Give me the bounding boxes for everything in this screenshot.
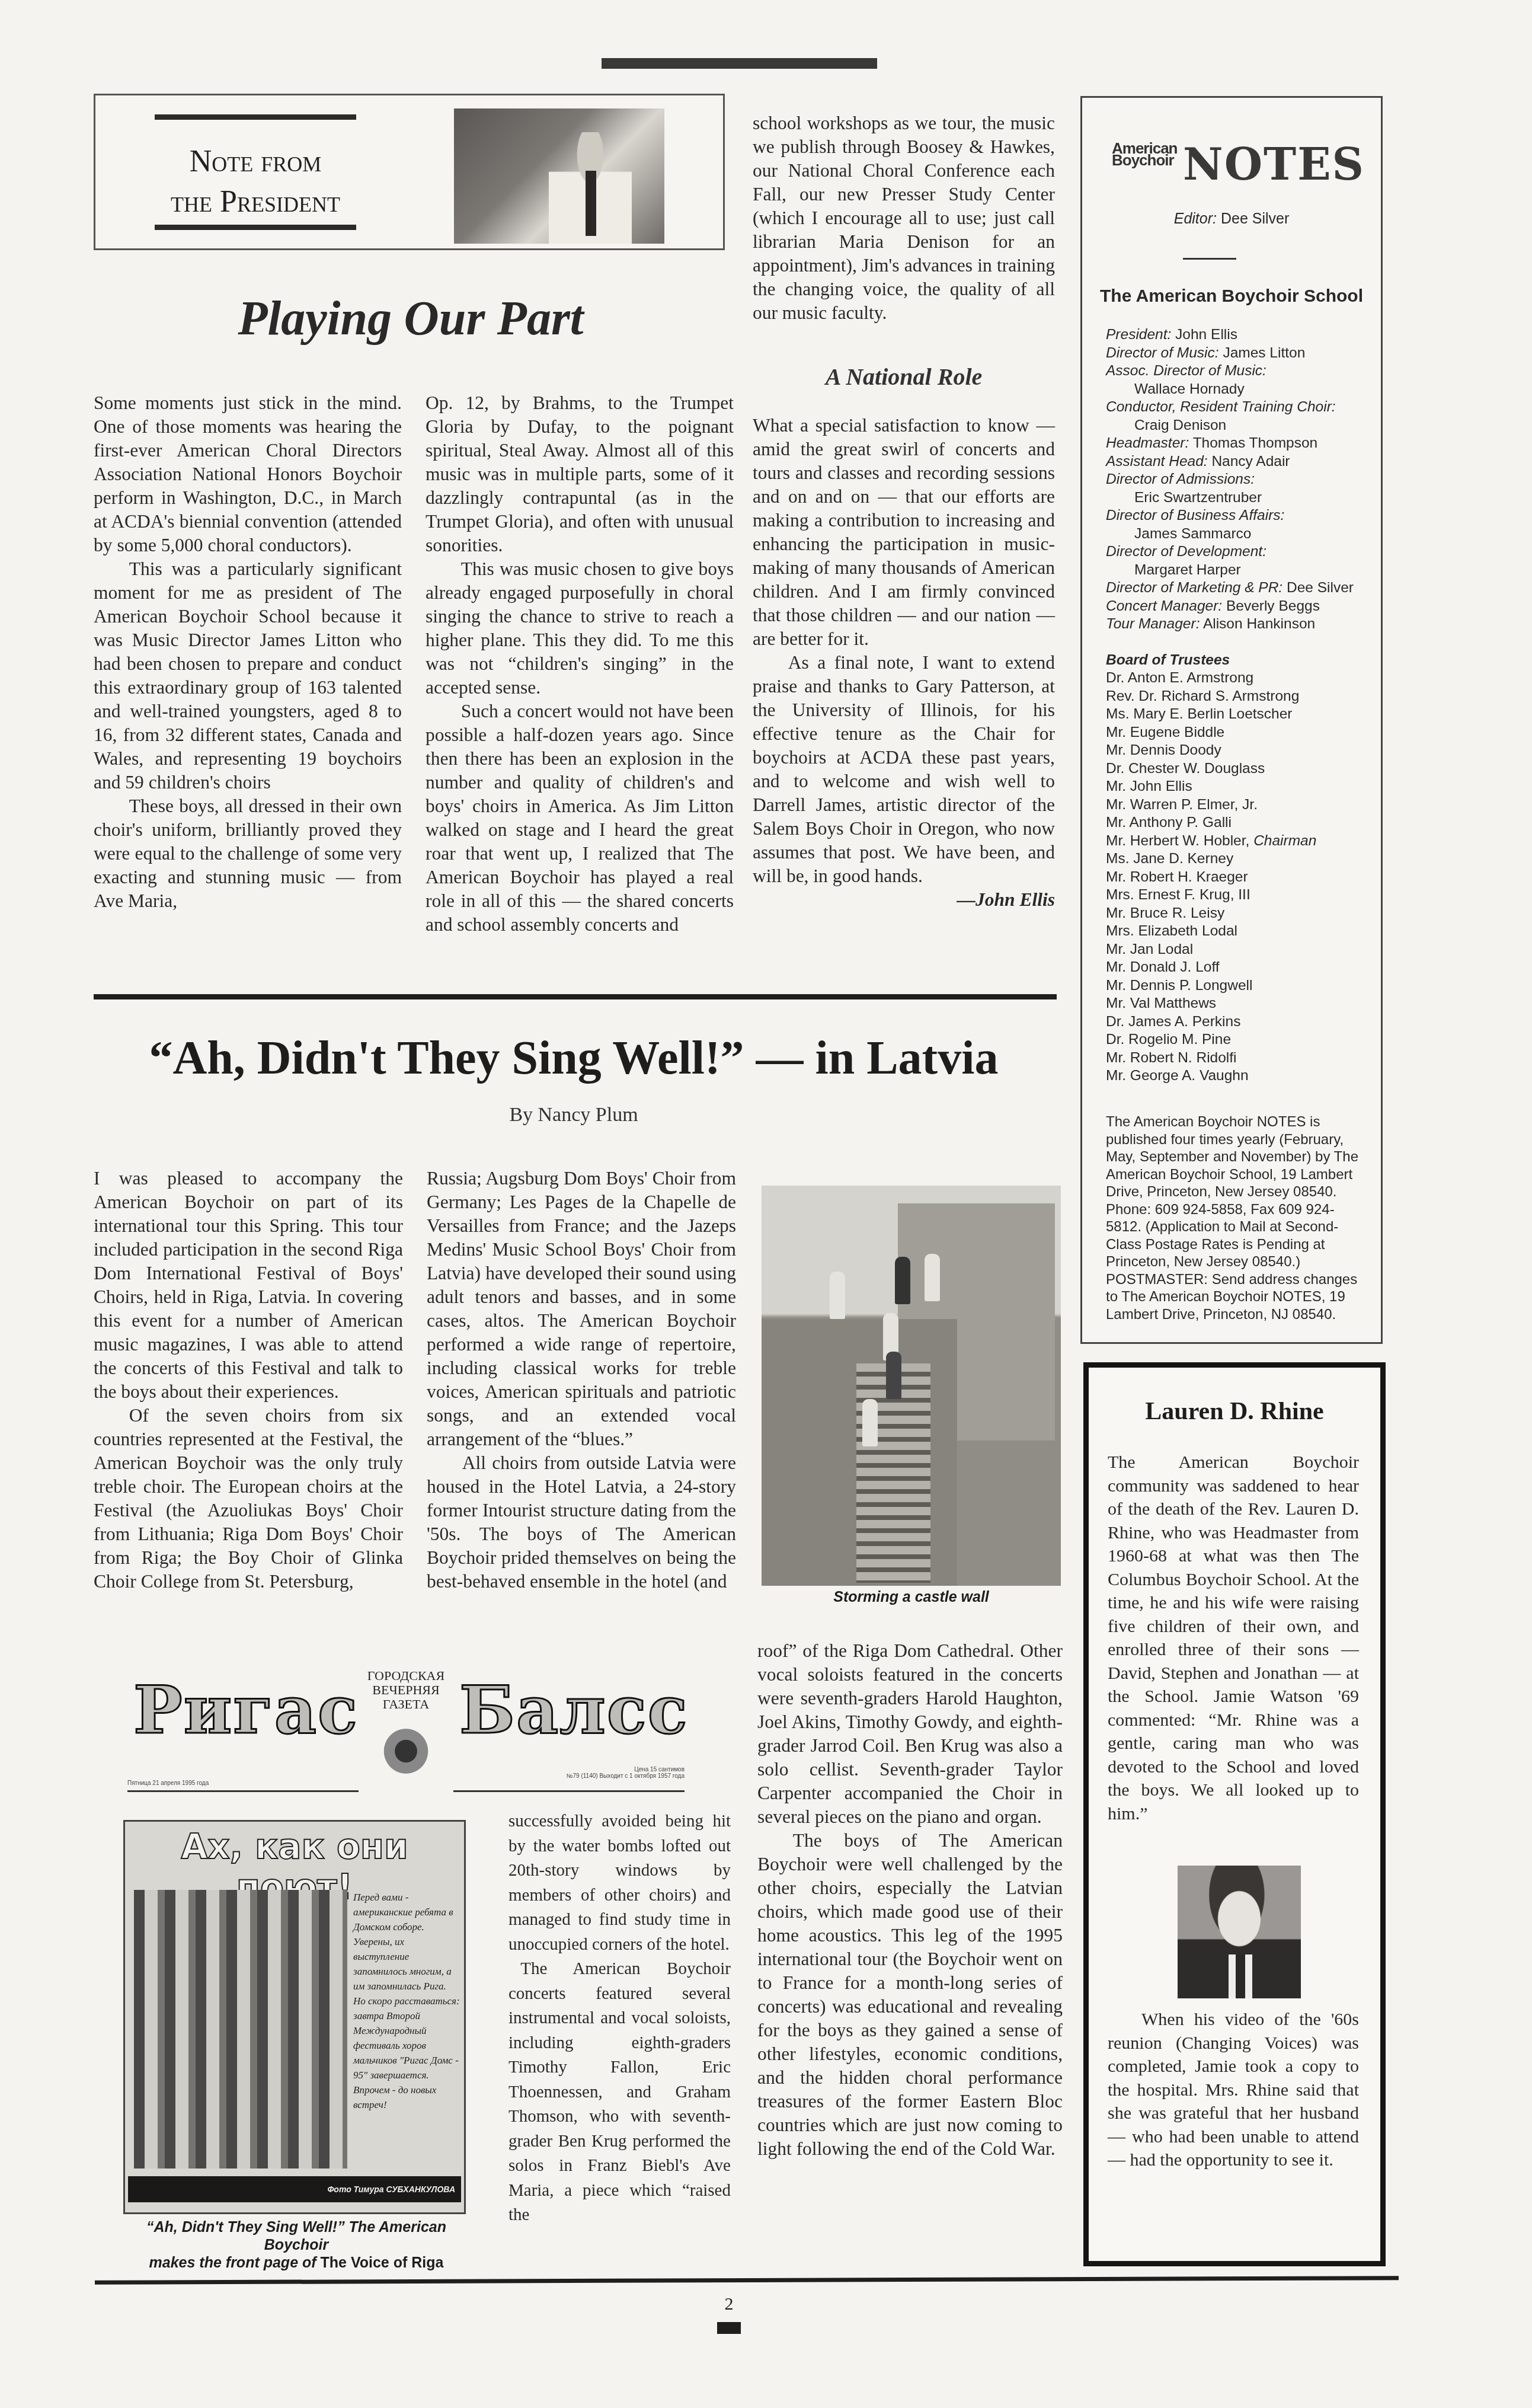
trustee-name: Mr. Dennis Doody [1106, 742, 1221, 758]
caption-italic: makes the front page of [149, 2254, 316, 2271]
trustee-row: Ms. Jane D. Kerney [1106, 850, 1373, 868]
obituary-box: Lauren D. Rhine The American Boychoir co… [1083, 1362, 1386, 2266]
short-divider [1183, 258, 1236, 260]
staff-name: Wallace Hornady [1106, 381, 1373, 399]
staff-row: Assoc. Director of Music: [1106, 362, 1373, 381]
staff-name: Dee Silver [1282, 580, 1354, 596]
obituary-paragraph-1: The American Boychoir community was sadd… [1108, 1451, 1359, 1825]
castle-wall-photo [762, 1186, 1061, 1586]
trustee-row: Mr. Dennis Doody [1106, 742, 1373, 760]
banner-title-line1: Note from [149, 142, 362, 182]
staff-name: Craig Denison [1106, 417, 1373, 435]
boy-figure [895, 1257, 910, 1304]
trustee-row: Mr. Val Matthews [1106, 995, 1373, 1013]
staff-role: Tour Manager: [1106, 616, 1200, 632]
paragraph: Such a concert would not have been possi… [426, 700, 734, 937]
latvia-column-2-lower: successfully avoided being hit by the wa… [508, 1809, 731, 2228]
staff-role: Assoc. Director of Music: [1106, 363, 1266, 379]
shirt-collar [1229, 1954, 1252, 1998]
logo-small-text: American Boychoir [1112, 142, 1178, 166]
boy-figure [830, 1272, 845, 1319]
trustee-name: Mr. George A. Vaughn [1106, 1068, 1249, 1084]
trustee-row: Mr. Herbert W. Hobler, Chairman [1106, 832, 1373, 851]
choir-in-cathedral-photo [134, 1890, 347, 2169]
staff-row: Director of Marketing & PR: Dee Silver [1106, 579, 1373, 598]
trustee-row: Dr. Chester W. Douglass [1106, 760, 1373, 778]
trustee-row: Mr. Bruce R. Leisy [1106, 905, 1373, 923]
riga-front-page-clipping: Ах, как они поют! Перед вами - американс… [123, 1820, 466, 2214]
trustee-row: Mr. Robert N. Ridolfi [1106, 1049, 1373, 1068]
trustee-name: Dr. Anton E. Armstrong [1106, 670, 1253, 686]
paragraph: school workshops as we tour, the music w… [753, 111, 1055, 325]
trustee-row: Rev. Dr. Richard S. Armstrong [1106, 688, 1373, 706]
trustee-name: Mrs. Elizabeth Lodal [1106, 923, 1237, 939]
paragraph: This was a particularly significant mome… [94, 557, 402, 794]
headline-playing-our-part: Playing Our Part [94, 290, 728, 346]
staff-row: Director of Music: James Litton [1106, 344, 1373, 363]
subhead-national-role: A National Role [753, 363, 1055, 391]
staff-role: President: [1106, 327, 1171, 343]
trustee-row: Mr. Jan Lodal [1106, 941, 1373, 959]
board-title: Board of Trustees [1106, 651, 1373, 670]
caption-plain: The Voice of Riga [316, 2254, 444, 2271]
photo-credit: Фото Тимура СУБХАНКУЛОВА [128, 2176, 461, 2202]
trustee-name: Mr. Herbert W. Hobler, [1106, 833, 1249, 849]
issue-text: №79 (1140) Выходит с 1 октября 1957 года [567, 1773, 685, 1780]
latvia-column-3: roof” of the Riga Dom Cathedral. Other v… [757, 1639, 1063, 2161]
page-number: 2 [717, 2294, 741, 2314]
boy-figure [925, 1254, 940, 1301]
editor-credit: Editor: Dee Silver [1082, 210, 1381, 228]
paragraph: successfully avoided being hit by the wa… [508, 1809, 731, 1957]
trustee-name: Mr. Anthony P. Galli [1106, 815, 1232, 831]
staff-name: Nancy Adair [1208, 454, 1290, 470]
trustee-row: Mr. Warren P. Elmer, Jr. [1106, 796, 1373, 815]
staff-name: Eric Swartzentruber [1106, 489, 1373, 507]
frontpage-caption: “Ah, Didn't They Sing Well!” The America… [113, 2218, 480, 2272]
trustee-name: Ms. Jane D. Kerney [1106, 851, 1233, 867]
caption-line: makes the front page of The Voice of Rig… [113, 2254, 480, 2272]
president-tie [586, 171, 596, 236]
rhine-portrait-photo [1178, 1866, 1301, 1998]
headline-latvia: “Ah, Didn't They Sing Well!” — in Latvia [94, 1031, 1054, 1085]
president-photo [454, 108, 664, 244]
staff-role: Director of Music: [1106, 345, 1219, 361]
masthead-subtitle: ГОРОДСКАЯ ВЕЧЕРНЯЯ ГАЗЕТА [356, 1669, 456, 1711]
note-from-president-banner: Note from the President [94, 94, 725, 250]
trustee-row: Mr. Anthony P. Galli [1106, 814, 1373, 832]
subtitle-line: ГОРОДСКАЯ [356, 1669, 456, 1683]
staff-row: Director of Development: [1106, 543, 1373, 561]
paragraph: roof” of the Riga Dom Cathedral. Other v… [757, 1639, 1063, 1829]
president-column-2: Op. 12, by Brahms, to the Trumpet Gloria… [426, 391, 734, 937]
trustee-name: Dr. James A. Perkins [1106, 1014, 1240, 1030]
trustee-row: Dr. James A. Perkins [1106, 1013, 1373, 1031]
trustee-row: Mr. Robert H. Kraeger [1106, 868, 1373, 887]
boy-figure [862, 1399, 878, 1446]
subtitle-line: ГАЗЕТА [356, 1697, 456, 1711]
staff-name: John Ellis [1171, 327, 1237, 343]
staff-row: Director of Admissions: [1106, 471, 1373, 489]
banner-title: Note from the President [149, 142, 362, 222]
paragraph: Some moments just stick in the mind. One… [94, 391, 402, 557]
latvia-column-1: I was pleased to accompany the American … [94, 1167, 403, 1593]
caption-line: “Ah, Didn't They Sing Well!” The America… [113, 2218, 480, 2254]
staff-name: Thomas Thompson [1189, 435, 1317, 451]
trustee-name: Mrs. Ernest F. Krug, III [1106, 887, 1250, 903]
staff-role: Director of Admissions: [1106, 471, 1255, 487]
staff-name: Margaret Harper [1106, 561, 1373, 580]
obituary-paragraph-2: When his video of the '60s reunion (Chan… [1108, 2008, 1359, 2172]
paragraph: As a final note, I want to extend praise… [753, 651, 1055, 888]
trustee-row: Mr. George A. Vaughn [1106, 1067, 1373, 1085]
masthead-rule [453, 1790, 685, 1792]
paragraph: These boys, all dressed in their own cho… [94, 794, 402, 913]
trustee-name: Mr. Dennis P. Longwell [1106, 978, 1252, 994]
riga-coat-of-arms-icon [367, 1719, 444, 1790]
staff-list: President: John EllisDirector of Music: … [1106, 326, 1373, 1085]
trustee-name: Mr. Eugene Biddle [1106, 724, 1224, 740]
trustee-row: Mr. Donald J. Loff [1106, 959, 1373, 977]
boy-figure [886, 1352, 901, 1399]
banner-rule-bottom [155, 225, 356, 230]
staff-name: Alison Hankinson [1200, 616, 1315, 632]
staff-row: Conductor, Resident Training Choir: [1106, 398, 1373, 417]
logo-notes: NOTES [1183, 139, 1365, 190]
staff-name: James Sammarco [1106, 525, 1373, 544]
trustee-row: Mrs. Ernest F. Krug, III [1106, 886, 1373, 905]
frontpage-blurb: Перед вами - американские ребята в Домск… [353, 1890, 460, 2112]
footer-rule [95, 2276, 1399, 2285]
staff-role: Director of Business Affairs: [1106, 507, 1284, 523]
paragraph: Of the seven choirs from six countries r… [94, 1404, 403, 1593]
chairman-label: Chairman [1249, 833, 1316, 849]
trustee-name: Mr. Jan Lodal [1106, 941, 1193, 957]
masthead-word-left: Ригас [133, 1672, 359, 1748]
staff-role: Headmaster: [1106, 435, 1189, 451]
staff-row: Concert Manager: Beverly Beggs [1106, 598, 1373, 616]
staff-row: Director of Business Affairs: [1106, 507, 1373, 525]
newspaper-date: Пятница 21 апреля 1995 года [127, 1780, 209, 1787]
paragraph: Op. 12, by Brahms, to the Trumpet Gloria… [426, 391, 734, 557]
byline: By Nancy Plum [94, 1104, 1054, 1126]
trustee-name: Mr. John Ellis [1106, 778, 1192, 794]
staff-name: Beverly Beggs [1222, 598, 1320, 614]
staff-row: Headmaster: Thomas Thompson [1106, 435, 1373, 453]
riga-newspaper-masthead: Ригас ГОРОДСКАЯ ВЕЧЕРНЯЯ ГАЗЕТА Балсс Пя… [127, 1663, 685, 1799]
trustee-row: Ms. Mary E. Berlin Loetscher [1106, 705, 1373, 724]
latvia-column-2: Russia; Augsburg Dom Boys' Choir from Ge… [427, 1167, 736, 1593]
signature: —John Ellis [753, 888, 1055, 912]
trustee-row: Dr. Anton E. Armstrong [1106, 669, 1373, 688]
page-marker [717, 2322, 741, 2334]
trustee-name: Mr. Donald J. Loff [1106, 959, 1220, 975]
paragraph: I was pleased to accompany the American … [94, 1167, 403, 1404]
subtitle-line: ВЕЧЕРНЯЯ [356, 1683, 456, 1697]
paragraph: All choirs from outside Latvia were hous… [427, 1451, 736, 1593]
notes-masthead-sidebar: American Boychoir NOTES Editor: Dee Silv… [1080, 96, 1383, 1344]
trustee-name: Mr. Val Matthews [1106, 995, 1216, 1011]
trustee-name: Rev. Dr. Richard S. Armstrong [1106, 688, 1299, 704]
staff-role: Assistant Head: [1106, 454, 1208, 470]
trustee-row: Mr. Eugene Biddle [1106, 724, 1373, 742]
staff-role: Conductor, Resident Training Choir: [1106, 399, 1336, 415]
trustee-name: Dr. Chester W. Douglass [1106, 761, 1265, 777]
banner-rule-top [155, 114, 356, 120]
staff-row: Assistant Head: Nancy Adair [1106, 453, 1373, 471]
school-name: The American Boychoir School [1100, 286, 1363, 306]
section-divider [94, 994, 1057, 999]
paragraph: What a special satisfaction to know — am… [753, 414, 1055, 651]
paragraph: Russia; Augsburg Dom Boys' Choir from Ge… [427, 1167, 736, 1451]
castle-photo-caption: Storming a castle wall [762, 1589, 1061, 1606]
paragraph: The American Boychoir concerts featured … [508, 1957, 731, 2228]
trustee-name: Mr. Robert N. Ridolfi [1106, 1050, 1237, 1066]
president-column-3-top: school workshops as we tour, the music w… [753, 111, 1055, 325]
trustee-name: Ms. Mary E. Berlin Loetscher [1106, 706, 1293, 722]
staff-row: President: John Ellis [1106, 326, 1373, 344]
paragraph: The boys of The American Boychoir were w… [757, 1829, 1063, 2161]
president-column-3-bottom: What a special satisfaction to know — am… [753, 414, 1055, 912]
masthead-word-right: Балсс [459, 1672, 689, 1748]
obituary-title: Lauren D. Rhine [1089, 1397, 1380, 1426]
staff-role: Director of Marketing & PR: [1106, 580, 1282, 596]
logo-line: Boychoir [1112, 154, 1178, 166]
trustee-row: Mrs. Elizabeth Lodal [1106, 922, 1373, 941]
publication-info: The American Boychoir NOTES is published… [1106, 1113, 1367, 1323]
price-text: Цена 15 сантимов [567, 1767, 685, 1773]
staff-row: Tour Manager: Alison Hankinson [1106, 615, 1373, 634]
masthead-rule [127, 1790, 359, 1792]
staff-role: Concert Manager: [1106, 598, 1222, 614]
editor-name: Dee Silver [1217, 210, 1289, 227]
editor-label: Editor: [1174, 210, 1217, 227]
newspaper-price: Цена 15 сантимов №79 (1140) Выходит с 1 … [567, 1767, 685, 1780]
trustee-row: Mr. Dennis P. Longwell [1106, 977, 1373, 995]
trustee-row: Dr. Rogelio M. Pine [1106, 1031, 1373, 1049]
staff-role: Director of Development: [1106, 544, 1266, 560]
banner-title-line2: the President [149, 182, 362, 222]
notes-logo: American Boychoir NOTES [1106, 133, 1367, 199]
top-decorative-bar [602, 58, 877, 69]
trustee-name: Mr. Warren P. Elmer, Jr. [1106, 797, 1258, 813]
trustee-name: Mr. Bruce R. Leisy [1106, 905, 1224, 921]
trustee-row: Mr. John Ellis [1106, 778, 1373, 796]
paragraph: This was music chosen to give boys alrea… [426, 557, 734, 700]
trustee-name: Dr. Rogelio M. Pine [1106, 1031, 1231, 1047]
staff-name: James Litton [1219, 345, 1306, 361]
trustee-name: Mr. Robert H. Kraeger [1106, 869, 1248, 885]
president-column-1: Some moments just stick in the mind. One… [94, 391, 402, 913]
